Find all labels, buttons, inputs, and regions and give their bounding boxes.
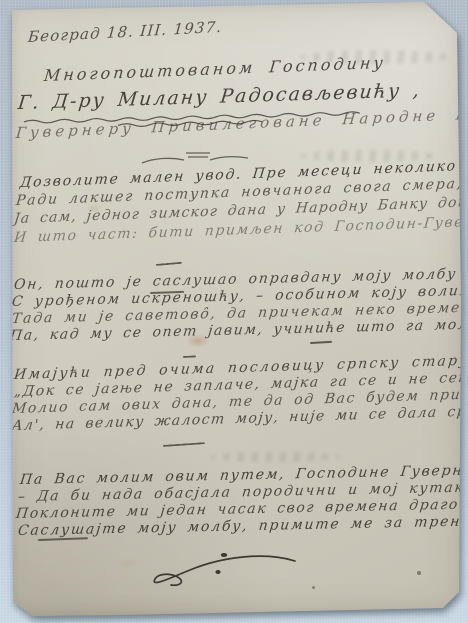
photo-of-letter: Београд 18. III. 1937. Многопоштованом Г… bbox=[0, 0, 468, 623]
signature-flourish-icon bbox=[148, 548, 298, 594]
emphasis-underline bbox=[38, 537, 88, 540]
emphasis-underline bbox=[310, 341, 332, 344]
ink-speck bbox=[312, 586, 315, 589]
section-divider-dash bbox=[163, 442, 205, 447]
section-divider-dash bbox=[156, 262, 182, 266]
section-divider-dash bbox=[183, 355, 196, 358]
letter-page: Београд 18. III. 1937. Многопоштованом Г… bbox=[0, 0, 468, 623]
paper-stain bbox=[118, 558, 138, 569]
salutation-line-2-addressee: Г. Д-ру Милану Радосављевићу , bbox=[17, 81, 422, 113]
date-line: Београд 18. III. 1937. bbox=[27, 20, 223, 45]
paper-shadow: Београд 18. III. 1937. Многопоштованом Г… bbox=[0, 0, 468, 623]
ink-speck bbox=[417, 571, 421, 575]
salutation-line-1: Многопоштованом Господину bbox=[43, 55, 386, 84]
pen-squiggle-marks-icon bbox=[140, 147, 250, 169]
ink-bleedthrough bbox=[210, 452, 340, 462]
